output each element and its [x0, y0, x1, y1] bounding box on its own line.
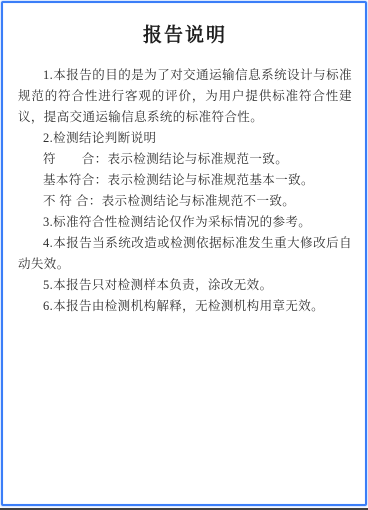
paragraph-sample-responsibility-note: 5.本报告只对检测样本负责，涂改无效。 — [18, 275, 352, 296]
paragraph-conclusion-heading: 2.检测结论判断说明 — [18, 128, 352, 149]
paragraph-interpretation-note: 6.本报告由检测机构解释，无检测机构用章无效。 — [18, 296, 352, 317]
paragraph-basic-conform-definition: 基本符合：表示检测结论与标准规范基本一致。 — [18, 170, 352, 191]
paragraph-purpose: 1.本报告的目的是为了对交通运输信息系统设计与标准规范的符合性进行客观的评价，为… — [18, 65, 352, 128]
report-notes-body: 1.本报告的目的是为了对交通运输信息系统设计与标准规范的符合性进行客观的评价，为… — [18, 65, 352, 317]
paragraph-invalidation-note: 4.本报告当系统改造或检测依据标准发生重大修改后自动失效。 — [18, 233, 352, 275]
report-notes-content: 报告说明 1.本报告的目的是为了对交通运输信息系统设计与标准规范的符合性进行客观… — [18, 20, 352, 317]
page-title: 报告说明 — [18, 20, 352, 47]
paragraph-conform-definition: 符 合：表示检测结论与标准规范一致。 — [18, 149, 352, 170]
paragraph-reference-note: 3.标准符合性检测结论仅作为采标情况的参考。 — [18, 212, 352, 233]
paragraph-non-conform-definition: 不 符 合：表示检测结论与标准规范不一致。 — [18, 191, 352, 212]
report-notes-page: { "page": { "title": "报告说明", "paragraphs… — [0, 0, 368, 510]
